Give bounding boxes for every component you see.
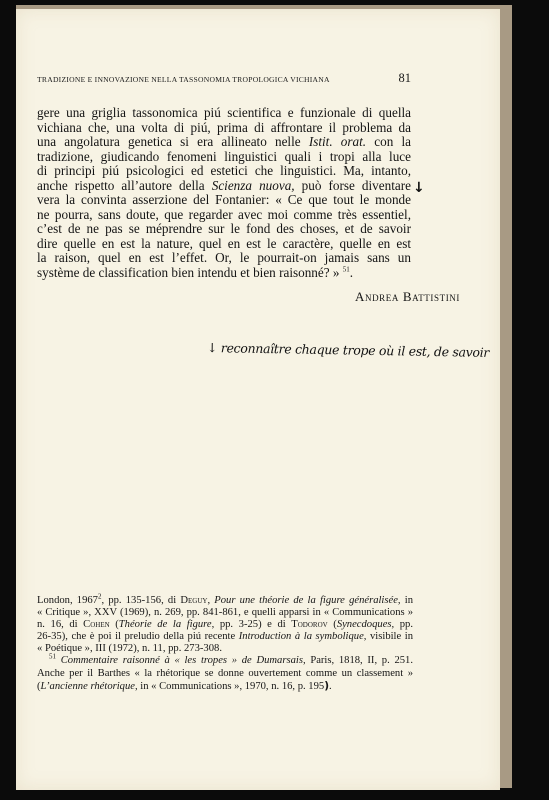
body-line: una angolatura genetica si era allineato… [37,135,411,150]
body-line: vichiana che, una volta di piú, prima di… [37,121,411,136]
body-line: anche rispetto all’autore della Scienza … [37,179,411,194]
body-line: c’est de ne pas se méprendre sur le fond… [37,222,411,237]
body-line: la raison, quel en est l’effet. Or, le p… [37,251,411,266]
footnote-line: 26-35), che è poi il preludio della piú … [37,631,413,643]
footnote-line: « Poétique », III (1972), n. 11, pp. 273… [37,643,413,655]
body-line: dire quelle en est la nature, quel en es… [37,237,411,252]
running-title: Tradizione e innovazione nella tassonomi… [37,75,330,84]
body-line: vera la convinta asserzione del Fontanie… [37,193,411,208]
handwritten-paren: ) [324,680,329,692]
author-signature: Andrea Battistini [355,289,460,305]
footnote-line: n. 16, di Cohen (Théorie de la figure, p… [37,619,413,631]
body-line: gere una griglia tassonomica piú scienti… [37,106,411,121]
body-line: ne pourra, sans doute, que regarder avec… [37,208,411,223]
footnote-line: London, 19672, pp. 135-156, di Deguy, Po… [37,595,413,607]
body-line: di principi piú psicologici ed estetici … [37,164,411,179]
body-line: tradizione, giudicando fenomeni linguist… [37,150,411,165]
footnote-51: 51 Commentaire raisonné à « les tropes »… [37,655,413,667]
footnote-line: (L’ancienne rhétorique, in « Communicati… [37,680,413,693]
footnote-line: « Critique », XXV (1969), n. 269, pp. 84… [37,607,413,619]
body-line: système de classification bien intendu e… [37,266,411,281]
footnote-number: 51 [49,653,56,661]
footnote-line: Anche per il Barthes « la rhétorique se … [37,668,413,680]
footnote-ref: 51 [343,265,350,273]
insertion-mark-icon: ↓ [413,180,425,196]
footnotes: London, 19672, pp. 135-156, di Deguy, Po… [37,595,413,693]
page-number: 81 [399,71,412,86]
body-text: gere una griglia tassonomica piú scienti… [37,106,411,280]
